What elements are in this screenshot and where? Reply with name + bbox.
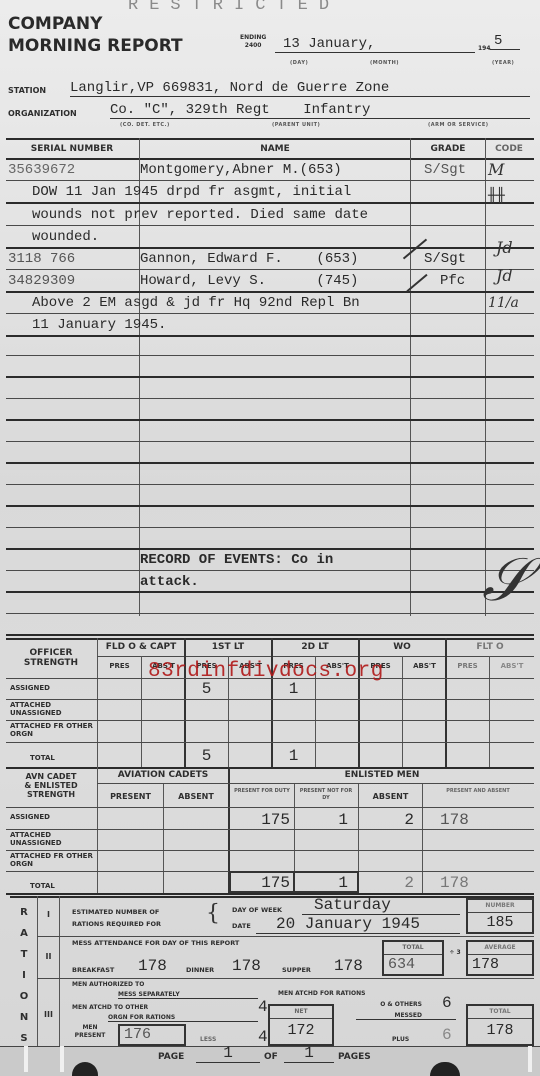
col-name: NAME <box>140 144 410 154</box>
remark-line: DOW 11 Jan 1945 drpd fr asgmt, initial <box>32 184 351 200</box>
messed-label: MESSED <box>356 1012 456 1020</box>
enlisted-total-present-not-for-duty: 1 <box>300 874 348 892</box>
rations-total-box: TOTAL 178 <box>466 1004 534 1046</box>
edge-mark <box>60 1046 64 1072</box>
signature-initial: 𝒮 <box>482 550 528 610</box>
day-of-week-label: DAY OF WEEK <box>232 906 282 914</box>
grid-rule <box>6 699 534 700</box>
grade: S/Sgt <box>424 251 466 267</box>
grid-rule <box>6 742 534 743</box>
subcol-enlisted-absent: ABSENT <box>359 792 422 801</box>
grade: Pfc <box>440 273 465 289</box>
edge-mark <box>24 1046 28 1072</box>
officer-group-fld-capt: FLD O & CAPT <box>98 642 184 652</box>
subcol-pres: PRES <box>446 662 489 670</box>
grid-divider <box>445 638 447 768</box>
station-value: Langlir,VP 669831, Nord de Guerre Zone <box>70 80 530 97</box>
subcol-present-not-for-duty: PRESENT NOT FOR DY <box>296 788 356 802</box>
net-value: 172 <box>270 1019 332 1043</box>
grade: S/Sgt <box>424 162 466 178</box>
officers-others-label: O & OTHERS <box>356 1001 422 1008</box>
enlisted-assigned-present-and-absent: 178 <box>440 811 500 829</box>
ruled-line <box>6 613 534 614</box>
form-title-company: COMPANY <box>8 14 102 35</box>
row-label-assigned: ASSIGNED <box>10 813 50 821</box>
grid-divider <box>402 656 403 768</box>
record-of-events: RECORD OF EVENTS: Co in <box>140 552 333 568</box>
ruled-line <box>6 376 534 378</box>
day-of-week-value: Saturday <box>302 896 460 915</box>
grid-divider <box>141 656 142 768</box>
subcol-abst: ABS'T <box>403 662 446 670</box>
rations-total-value: 178 <box>468 1019 532 1043</box>
officer-group-wo: WO <box>359 642 445 652</box>
subcol-present-and-absent: PRESENT AND ABSENT <box>424 788 532 795</box>
section-iii-numeral: III <box>38 1010 59 1019</box>
code-handwritten: Jd <box>496 266 513 285</box>
men-present-value: 176 <box>120 1026 184 1044</box>
ruled-line <box>6 225 534 226</box>
mess-total-label: TOTAL <box>384 942 442 955</box>
serial-number: 34829309 <box>8 273 75 289</box>
ruled-line <box>6 202 534 204</box>
date-label: DATE <box>232 922 251 930</box>
grid-rule <box>6 893 534 895</box>
breakfast-label: BREAKFAST <box>72 966 114 974</box>
col-code: CODE <box>486 144 532 154</box>
ruled-line <box>6 570 534 571</box>
aviation-cadets-header: AVIATION CADETS <box>98 770 228 780</box>
ruled-line <box>6 527 534 528</box>
code-handwritten: Jd <box>496 238 513 257</box>
row-label-attached-fr-other: ATTACHED FR OTHER ORGN <box>10 722 96 738</box>
less-label: LESS <box>200 1036 216 1043</box>
grid-divider <box>358 638 360 768</box>
net-label: NET <box>270 1006 332 1019</box>
breakfast-value: 178 <box>138 957 167 975</box>
code-tally-mark: ╫╫ <box>488 188 505 204</box>
remark-line: 11 January 1945. <box>32 317 166 333</box>
supper-label: SUPPER <box>282 966 311 974</box>
watermark: 83rdinfdivdocs.org <box>148 660 384 683</box>
subcol-present-for-duty: PRESENT FOR DUTY <box>232 788 292 795</box>
rations-rule <box>37 978 534 979</box>
dinner-value: 178 <box>232 957 261 975</box>
enlisted-total-present-for-duty: 175 <box>240 874 290 892</box>
rations-rule <box>37 936 534 937</box>
year-value: 5 <box>490 33 520 50</box>
ruled-line <box>6 634 534 636</box>
ruled-line <box>6 335 534 337</box>
rations-total-label: TOTAL <box>468 1006 532 1019</box>
brace-icon: { <box>206 903 220 925</box>
mess-total-box: TOTAL 634 <box>382 940 444 976</box>
ruled-line <box>6 269 534 270</box>
ruled-line <box>6 591 534 593</box>
mess-attendance-title: MESS ATTENDANCE FOR DAY OF THIS REPORT <box>72 939 239 947</box>
enlisted-assigned-present-not-for-duty: 1 <box>300 811 348 829</box>
ruled-line <box>6 247 534 249</box>
form-title-morning-report: MORNING REPORT <box>8 36 183 57</box>
subcol-pres: PRES <box>98 662 141 670</box>
auth-mess-label-2: MESS SEPARATELY <box>118 991 258 999</box>
officer-group-1st-lt: 1ST LT <box>185 642 271 652</box>
average-box: AVERAGE 178 <box>466 940 534 976</box>
atchd-for-value: 6 <box>442 994 452 1012</box>
row-label-attached-unassigned: ATTACHED UNASSIGNED <box>10 831 96 847</box>
number-label: NUMBER <box>468 900 532 913</box>
enlisted-men-header: ENLISTED MEN <box>230 770 534 780</box>
soldier-name: Montgomery,Abner M.(653) <box>140 162 342 178</box>
ruled-line <box>6 441 534 442</box>
of-label: OF <box>264 1052 278 1062</box>
ruled-line <box>6 398 534 399</box>
ending-label: ENDING 2400 <box>240 34 266 50</box>
record-of-events-cont: attack. <box>140 574 199 590</box>
serial-number: 3118 766 <box>8 251 75 267</box>
organization-value: Co. "C", 329th Regt Infantry <box>110 102 530 119</box>
rations-divider <box>59 896 60 1046</box>
year-caption: (YEAR) <box>492 60 514 66</box>
remark-line: wounded. <box>32 229 99 245</box>
ruled-line <box>6 505 534 507</box>
grid-rule <box>6 829 534 830</box>
officer-1st-lt-total-pres: 5 <box>185 747 228 765</box>
serial-number: 35639672 <box>8 162 75 178</box>
enlisted-assigned-present-for-duty: 175 <box>240 811 290 829</box>
row-label-total: TOTAL <box>30 754 55 762</box>
ruled-line <box>6 419 534 421</box>
morning-report-page: RESTRICTED COMPANY MORNING REPORT ENDING… <box>0 0 540 1076</box>
ration-number-value: 185 <box>468 913 532 932</box>
total-pages: 1 <box>284 1044 334 1063</box>
subcol-present: PRESENT <box>98 792 163 801</box>
section-i-numeral: I <box>38 910 59 919</box>
rations-side-label: R A T I O N S <box>16 902 32 1049</box>
day-caption: (DAY) <box>290 60 308 66</box>
grid-rule <box>6 720 534 721</box>
grid-rule <box>6 767 534 769</box>
enlisted-total-present-and-absent: 178 <box>440 874 500 892</box>
org-caption-parent: (PARENT UNIT) <box>272 122 320 128</box>
officer-top-rule <box>6 638 534 640</box>
men-present-label: MEN PRESENT <box>64 1024 116 1040</box>
officer-group-flt-o: FLT O <box>446 642 534 652</box>
row-label-attached-fr-other: ATTACHED FR OTHER ORGN <box>10 852 96 868</box>
ruled-line <box>6 291 534 293</box>
atchd-for-rations-label: MEN ATCHD FOR RATIONS <box>278 990 365 997</box>
year-prefix: 194 <box>478 45 491 52</box>
grid-divider <box>422 783 423 893</box>
officer-strength-title: OFFICER STRENGTH <box>8 648 94 668</box>
officer-2d-lt-total-pres: 1 <box>272 747 315 765</box>
average-value: 178 <box>468 955 532 974</box>
enlisted-assigned-absent: 2 <box>362 811 414 829</box>
edge-mark <box>528 1046 532 1072</box>
row-label-assigned: ASSIGNED <box>10 684 50 692</box>
row-label-attached-unassigned: ATTACHED UNASSIGNED <box>10 701 96 717</box>
grid-divider <box>97 638 98 768</box>
plus-value: 6 <box>442 1026 452 1044</box>
men-present-box: 176 <box>118 1024 186 1046</box>
grid-divider <box>97 767 98 893</box>
station-label: STATION <box>8 86 46 95</box>
code-date-handwritten: 11/a <box>488 295 519 311</box>
month-caption: (MONTH) <box>370 60 399 66</box>
plus-label: PLUS <box>392 1036 409 1043</box>
ruled-line <box>6 462 534 464</box>
remark-line: Above 2 EM asgd & jd fr Hq 92nd Repl Bn <box>32 295 360 311</box>
net-box: NET 172 <box>268 1004 334 1046</box>
officer-group-2d-lt: 2D LT <box>272 642 358 652</box>
average-label: AVERAGE <box>468 942 532 955</box>
dinner-label: DINNER <box>186 966 214 974</box>
atchd-other-label-2: ORGN FOR RATIONS <box>108 1014 258 1022</box>
col-grade: GRADE <box>412 144 484 154</box>
ration-date-value: 20 January 1945 <box>256 915 460 934</box>
divide-by-three: ÷ 3 <box>448 948 462 957</box>
code-handwritten: M <box>488 160 504 179</box>
ruled-line <box>6 180 534 181</box>
pages-label: PAGES <box>338 1052 371 1062</box>
col-serial-number: SERIAL NUMBER <box>8 144 136 154</box>
ruled-line <box>6 548 534 550</box>
footer-rule <box>0 1046 540 1047</box>
auth-mess-label-1: MEN AUTHORIZED TO <box>72 981 144 988</box>
subcol-absent: ABSENT <box>164 792 228 801</box>
enlisted-strength-title: AVN CADET & ENLISTED STRENGTH <box>8 772 94 799</box>
atchd-other-label-1: MEN ATCHD TO OTHER <box>72 1004 148 1011</box>
ruled-line <box>6 355 534 356</box>
mess-total-value: 634 <box>384 955 442 974</box>
grid-rule <box>6 807 534 808</box>
classification-stamp: RESTRICTED <box>128 0 340 15</box>
table-top-rule <box>6 138 534 140</box>
section-ii-numeral: II <box>38 952 59 961</box>
page-number: 1 <box>196 1044 260 1063</box>
header-rule <box>6 158 534 160</box>
atchd-other-value: 4 <box>258 998 268 1016</box>
org-caption-arm: (ARM OR SERVICE) <box>428 122 489 128</box>
page-label: PAGE <box>158 1052 184 1062</box>
grid-rule <box>6 850 534 851</box>
remark-line: wounds not prev reported. Died same date <box>32 207 368 223</box>
ruled-line <box>6 484 534 485</box>
number-box: NUMBER 185 <box>466 898 534 934</box>
soldier-name: Howard, Levy S. (745) <box>140 273 358 289</box>
row-label-total: TOTAL <box>30 882 55 890</box>
ending-date: 13 January, <box>275 36 475 53</box>
org-caption-unit: (CO. DET. ETC.) <box>120 122 170 128</box>
soldier-name: Gannon, Edward F. (653) <box>140 251 358 267</box>
section-i-label: ESTIMATED NUMBER OF RATIONS REQUIRED FOR <box>72 906 161 930</box>
ruled-line <box>6 313 534 314</box>
subcol-abst: ABS'T <box>490 662 534 670</box>
organization-label: ORGANIZATION <box>8 109 77 118</box>
supper-value: 178 <box>334 957 363 975</box>
grid-rule <box>97 783 534 784</box>
enlisted-total-absent: 2 <box>362 874 414 892</box>
grid-divider <box>489 656 490 768</box>
